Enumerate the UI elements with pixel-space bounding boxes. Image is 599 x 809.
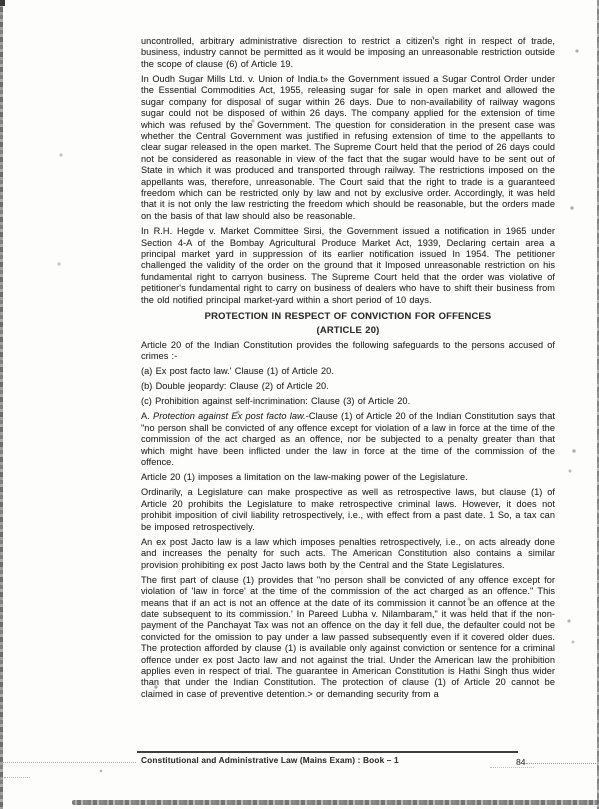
paragraph-safeguards-intro: Article 20 of the Indian Constitution pr…	[141, 340, 555, 363]
footer-dotted-dash-lower-left	[4, 777, 30, 778]
footer-book-title: Constitutional and Administrative Law (M…	[141, 755, 399, 765]
paragraph-ordinarily: Ordinarily, a Legislature can make prosp…	[141, 487, 555, 533]
clause-a-title-italic: Protection against Ex post facto law.	[153, 411, 306, 421]
paragraph-ex-post-facto-protection: A. Protection against Ex post facto law.…	[141, 411, 555, 468]
page-text-column: uncontrolled, arbitrary administrative d…	[141, 36, 555, 704]
paragraph-hegde-case: In R.H. Hegde v. Market Committee Sirsi,…	[141, 226, 555, 306]
paragraph-first-part-clause1: The first part of clause (1) provides th…	[141, 575, 555, 700]
paragraph-continuation: uncontrolled, arbitrary administrative d…	[141, 36, 555, 70]
scan-artifact-bottom-band	[72, 800, 599, 805]
list-item-c: (c) Prohibition against self-incriminati…	[141, 396, 555, 407]
scan-noise-specks	[0, 0, 2, 2]
footer-dotted-line-left	[2, 762, 136, 763]
scan-edge-artifact-left	[0, 0, 3, 809]
list-item-b: (b) Double jeopardy: Clause (2) of Artic…	[141, 381, 555, 392]
footer-dotted-line-right	[526, 763, 598, 764]
paragraph-ex-post-jacto: An ex post Jacto law is a law which impo…	[141, 537, 555, 571]
clause-a-prefix: A.	[141, 411, 153, 421]
footer-rule-line	[137, 751, 518, 753]
list-item-a: (a) Ex post facto law.' Clause (1) of Ar…	[141, 366, 555, 377]
paragraph-limitation: Article 20 (1) imposes a limitation on t…	[141, 472, 555, 483]
scanned-document-page: uncontrolled, arbitrary administrative d…	[0, 0, 599, 809]
section-heading: PROTECTION IN RESPECT OF CONVICTION FOR …	[141, 310, 555, 321]
footer-page-number: 84	[516, 757, 526, 767]
paragraph-oudh-sugar-mills: In Oudh Sugar Mills Ltd. v. Union of Ind…	[141, 74, 555, 222]
section-subheading: (ARTICLE 20)	[141, 324, 555, 335]
footer-dotted-line-under-page-number	[490, 767, 534, 768]
